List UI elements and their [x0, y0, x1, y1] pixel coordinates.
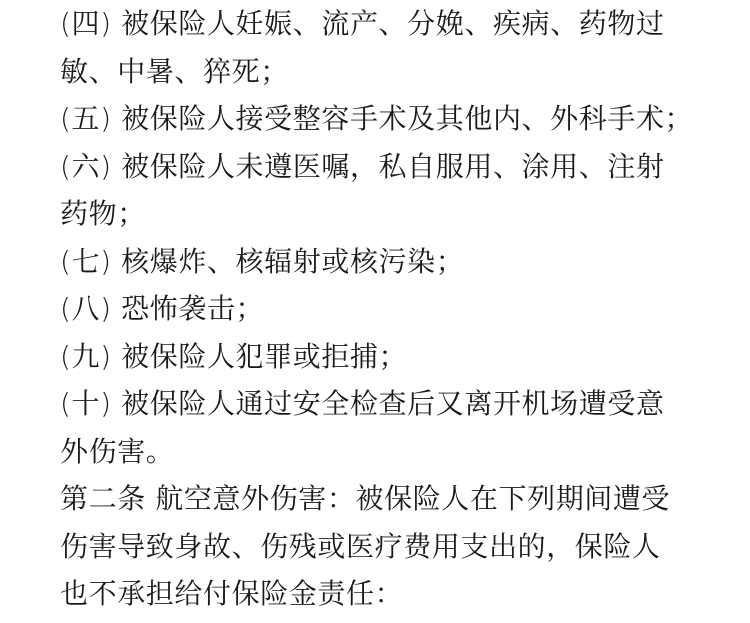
document-body: (四) 被保险人妊娠、流产、分娩、疾病、药物过 敏、中暑、猝死； (五) 被保险…	[60, 0, 730, 618]
article-2-line-2: 伤害导致身故、伤残或医疗费用支出的，保险人	[60, 523, 730, 571]
clause-6-line-2: 药物；	[60, 190, 730, 238]
clause-4-line-1: (四) 被保险人妊娠、流产、分娩、疾病、药物过	[60, 0, 730, 48]
clause-8-line-1: (八) 恐怖袭击；	[60, 285, 730, 333]
clause-9-line-1: (九) 被保险人犯罪或拒捕；	[60, 333, 730, 381]
clause-4-line-2: 敏、中暑、猝死；	[60, 48, 730, 96]
clause-6-line-1: (六) 被保险人未遵医嘱，私自服用、涂用、注射	[60, 143, 730, 191]
clause-10-line-2: 外伤害。	[60, 428, 730, 476]
article-2-line-1: 第二条 航空意外伤害：被保险人在下列期间遭受	[60, 475, 730, 523]
clause-10-line-1: (十) 被保险人通过安全检查后又离开机场遭受意	[60, 380, 730, 428]
clause-7-line-1: (七) 核爆炸、核辐射或核污染；	[60, 238, 730, 286]
clause-5-line-1: (五) 被保险人接受整容手术及其他内、外科手术；	[60, 95, 730, 143]
article-2-line-3: 也不承担给付保险金责任：	[60, 570, 730, 618]
